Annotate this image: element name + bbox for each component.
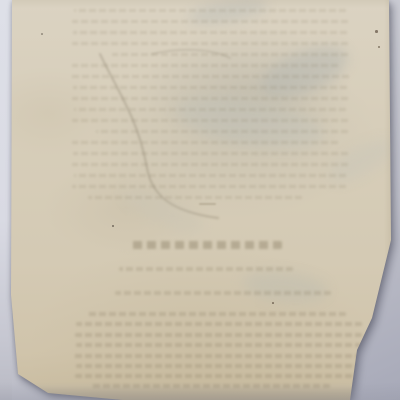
ghost-text-line	[71, 75, 349, 78]
photo-of-aged-page: Photograph of the blank verso of an aged…	[0, 0, 400, 400]
ghost-heading	[129, 241, 282, 249]
paper-sheet	[0, 0, 400, 400]
ghost-text-line	[74, 108, 346, 111]
ghost-separator-rule	[199, 203, 216, 205]
ghost-text-line	[72, 20, 348, 23]
paper-speck	[112, 225, 114, 227]
ghost-text-line	[74, 9, 346, 12]
ghost-branch-path	[100, 54, 218, 218]
ghost-subtitle-line	[115, 291, 331, 295]
ghost-text-line	[88, 196, 302, 199]
ghost-text-line	[96, 130, 348, 133]
ghost-text-line	[88, 312, 346, 316]
ghost-text-line	[72, 185, 346, 188]
ghost-text-line	[76, 322, 362, 326]
ghost-text-line	[72, 64, 338, 67]
ghost-text-line	[72, 141, 338, 144]
ghost-text-line	[72, 42, 348, 45]
paper-speck	[376, 304, 378, 306]
paper-speck	[41, 33, 43, 35]
paper-speck	[375, 30, 378, 33]
ghost-text-line	[73, 86, 347, 89]
table-surface-shadow	[0, 382, 400, 400]
ghost-text-line	[76, 343, 362, 347]
ghost-text-line	[75, 374, 362, 378]
paper-shadow	[0, 0, 400, 400]
ghost-text-line	[76, 364, 362, 368]
ghost-text-line	[73, 152, 348, 155]
ghost-text-line	[72, 163, 348, 166]
ghost-text-line	[74, 354, 362, 358]
ghost-text-line	[112, 53, 348, 56]
ghost-text-line	[75, 333, 362, 337]
ghost-text-line	[73, 31, 347, 34]
ghost-text-line	[72, 97, 348, 100]
ghost-text-line	[74, 174, 346, 177]
ghost-text-line	[72, 119, 348, 122]
ghost-subtitle-line	[119, 267, 293, 271]
paper-speck	[378, 46, 380, 48]
paper-speck	[272, 302, 274, 304]
